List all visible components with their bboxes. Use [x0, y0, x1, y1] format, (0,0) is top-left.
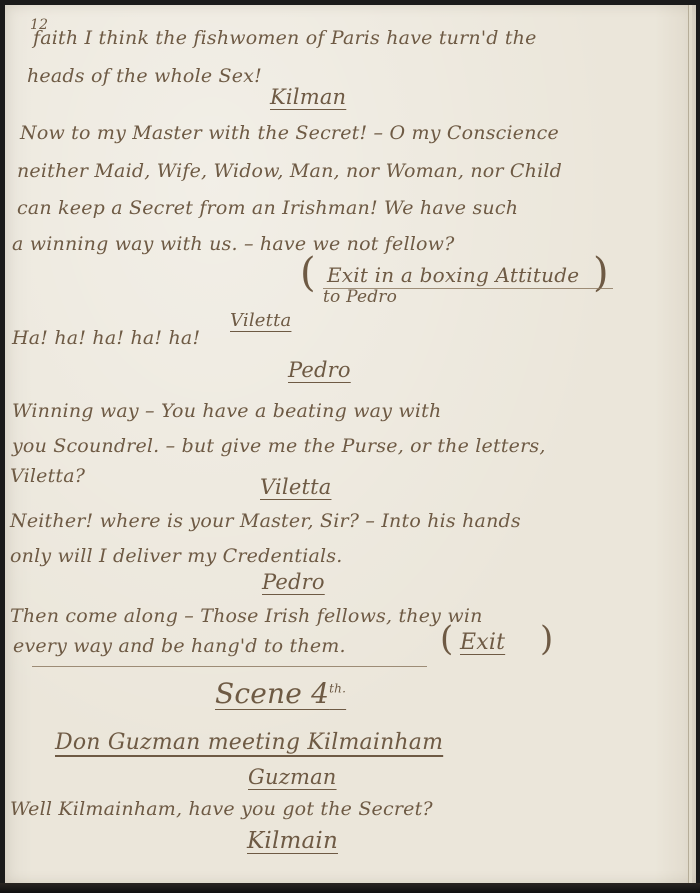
dialogue-line: every way and be hang'd to them.	[13, 635, 346, 657]
dialogue-line: neither Maid, Wife, Widow, Man, nor Woma…	[17, 160, 562, 182]
speaker-heading: Kilmain	[247, 828, 338, 854]
open-paren: (	[440, 619, 453, 659]
dialogue-line: Ha! ha! ha! ha! ha!	[12, 327, 200, 349]
speaker-heading: Pedro	[288, 358, 351, 382]
manuscript-page: 12 faith I think the fishwomen of Paris …	[5, 5, 696, 883]
stage-direction: Exit in a boxing Attitude	[327, 263, 579, 287]
close-paren: )	[540, 619, 553, 659]
dialogue-line: Now to my Master with the Secret! – O my…	[20, 122, 559, 144]
page-edge	[688, 5, 692, 883]
dialogue-line: Then come along – Those Irish fellows, t…	[10, 605, 483, 627]
dialogue-line: Neither! where is your Master, Sir? – In…	[10, 510, 521, 532]
scene-title-suffix: th.	[329, 682, 346, 696]
dialogue-line: a winning way with us. – have we not fel…	[12, 233, 455, 255]
speaker-heading: Viletta	[260, 475, 331, 499]
dialogue-line: Well Kilmainham, have you got the Secret…	[10, 798, 433, 820]
dialogue-line: faith I think the fishwomen of Paris hav…	[33, 27, 537, 49]
scene-title-text: Scene 4	[215, 677, 329, 710]
speaker-heading: Viletta	[230, 310, 291, 331]
page-bottom-edge	[0, 883, 700, 893]
scene-setting: Don Guzman meeting Kilmainham	[55, 730, 443, 755]
speaker-heading: Guzman	[248, 765, 337, 789]
dialogue-line: heads of the whole Sex!	[27, 65, 262, 87]
dialogue-line: can keep a Secret from an Irishman! We h…	[17, 197, 518, 219]
speaker-heading: Kilman	[270, 85, 346, 109]
dialogue-line: Winning way – You have a beating way wit…	[12, 400, 441, 422]
scene-divider	[32, 666, 427, 667]
dialogue-line: Viletta?	[10, 465, 85, 487]
close-paren: )	[593, 250, 609, 296]
speaker-heading: Pedro	[262, 570, 325, 594]
stage-direction-exit: Exit	[460, 630, 505, 655]
open-paren: (	[300, 250, 316, 296]
stage-direction: to Pedro	[323, 287, 397, 307]
dialogue-line: you Scoundrel. – but give me the Purse, …	[12, 435, 546, 457]
scene-heading: Scene 4th.	[215, 677, 346, 710]
dialogue-line: only will I deliver my Credentials.	[10, 545, 342, 567]
